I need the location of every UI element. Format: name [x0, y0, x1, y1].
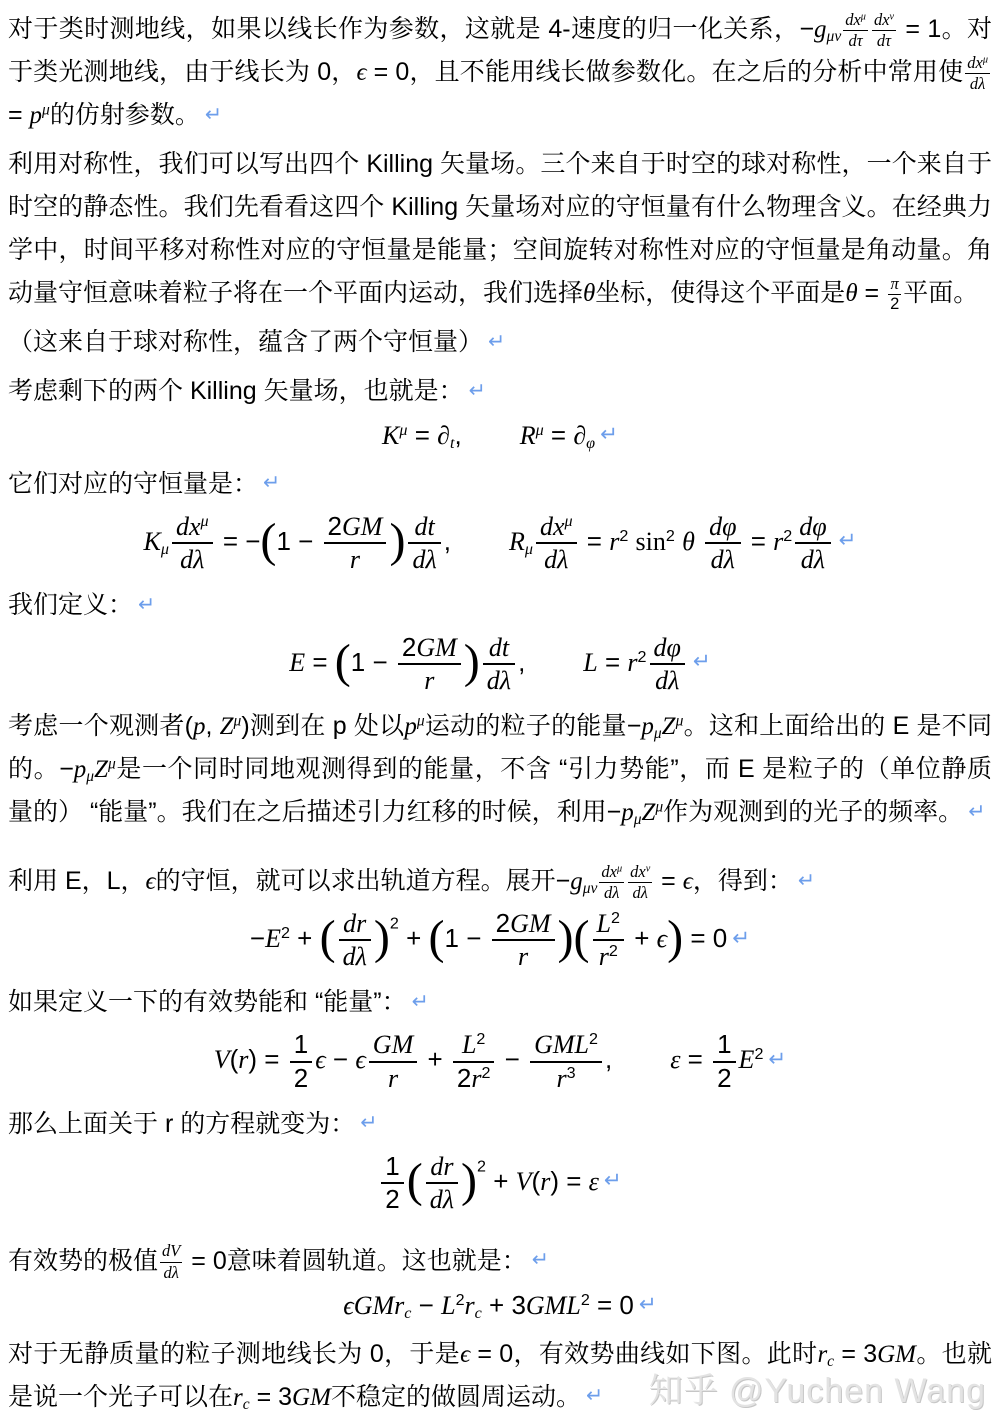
formula-effective-potential: V(r) = 12ϵ − ϵGMr + L22r2 − GML2r3,ε = 1…	[8, 1030, 992, 1092]
para-observer-energy: 考虑一个观测者(p, Zμ)测到在 p 处以pμ运动的粒子的能量−pμZμ。这和…	[8, 705, 992, 834]
para-killing-symmetry: 利用对称性，我们可以写出四个 Killing 矢量场。三个来自于时空的球对称性，…	[8, 143, 992, 315]
document-body: 对于类时测地线，如果以线长作为参数，这就是 4-速度的归一化关系，−gμνdxμ…	[0, 0, 1000, 1419]
para-effective-potential-intro: 如果定义一下的有效势能和 “能量”：↵	[8, 981, 992, 1024]
para-we-define: 我们定义：↵	[8, 584, 992, 627]
formula-orbit-equation: −E2 + (drdλ)2 + (1 − 2GMr)(L2r2 + ϵ) = 0…	[8, 909, 992, 971]
para-remaining-killing-fields: 考虑剩下的两个 Killing 矢量场，也就是：↵	[8, 370, 992, 413]
para-photon-circular-orbit: 对于无静质量的粒子测地线长为 0，于是ϵ = 0，有效势曲线如下图。此时rc =…	[8, 1333, 992, 1419]
para-r-equation-intro: 那么上面关于 r 的方程就变为：↵	[8, 1103, 992, 1146]
formula-energy-angular-momentum: E = (1 − 2GMr)dtdλ,L = r2dφdλ↵	[8, 633, 992, 695]
para-orbit-equation-intro: 利用 E，L，ϵ的守恒，就可以求出轨道方程。展开−gμνdxμdλdxνdλ =…	[8, 860, 992, 903]
formula-energy-equation: 12(drdλ)2 + V(r) = ε↵	[8, 1152, 992, 1214]
formula-killing-vectors: Kμ = ∂t,Rμ = ∂φ↵	[8, 419, 992, 453]
para-circular-orbit-condition: 有效势的极值dVdλ = 0意味着圆轨道。这也就是：↵	[8, 1240, 992, 1283]
formula-circular-orbit: ϵGMrc − L2rc + 3GML2 = 0↵	[8, 1289, 992, 1323]
para-timelike-null-geodesic: 对于类时测地线，如果以线长作为参数，这就是 4-速度的归一化关系，−gμνdxμ…	[8, 8, 992, 137]
page: { "colors": { "background": "#ffffff", "…	[0, 0, 1000, 1428]
formula-conserved-quantities: Kμdxμdλ = −(1 − 2GMr)dtdλ,Rμdxμdλ = r2 s…	[8, 512, 992, 574]
para-spherical-symmetry-note: （这来自于球对称性，蕴含了两个守恒量）↵	[8, 321, 992, 364]
para-conserved-quantities-intro: 它们对应的守恒量是：↵	[8, 463, 992, 506]
